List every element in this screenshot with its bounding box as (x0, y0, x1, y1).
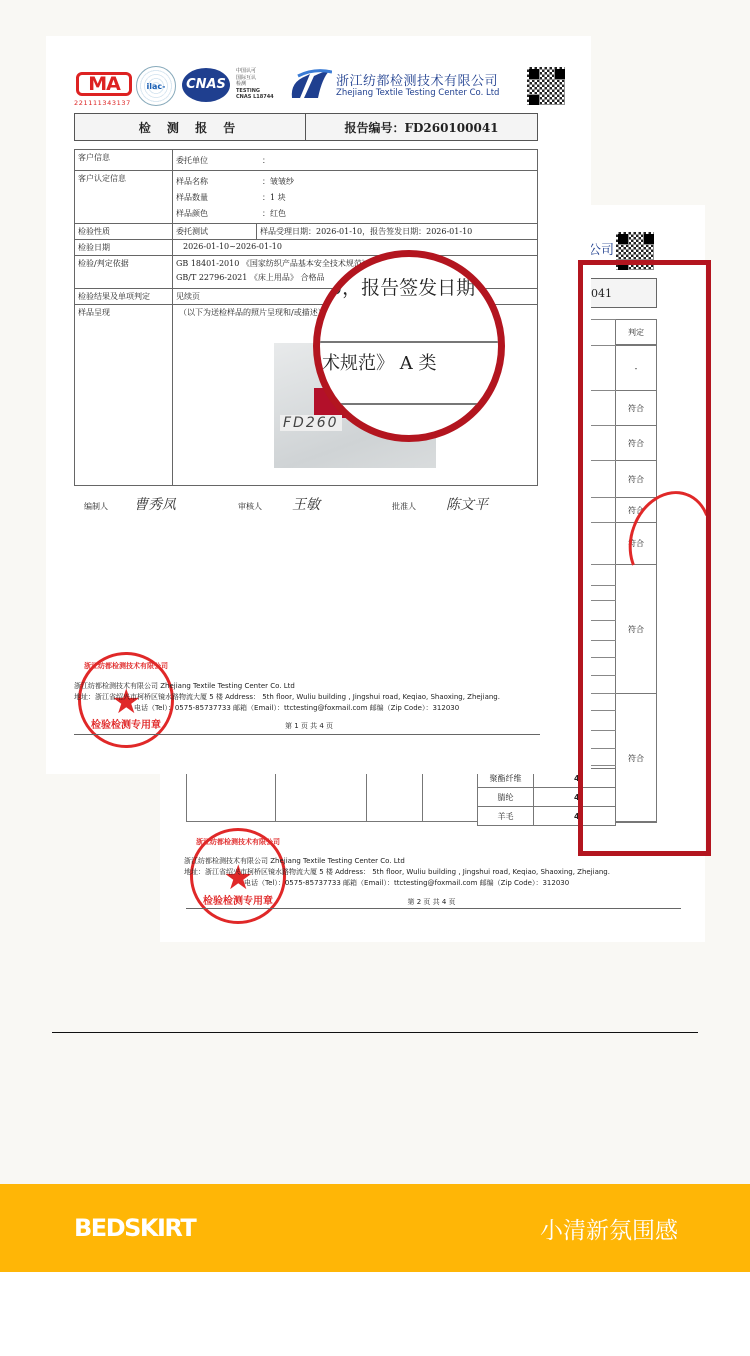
cma-logo: MA (76, 72, 132, 96)
report-header: MA 221111343137 ilac-MRA CNAS 中国认可 国际互认 … (74, 66, 569, 110)
compiler-label: 编制人 (84, 501, 108, 512)
company-name-cn: 浙江纺都检测技术有限公司 (336, 70, 498, 89)
approver-label: 批准人 (392, 501, 416, 512)
report-page-1: MA 221111343137 ilac-MRA CNAS 中国认可 国际互认 … (46, 36, 591, 774)
report-title-bar: 检 测 报 告 报告编号：FD260100041 (74, 113, 538, 141)
report-number: 报告编号：FD260100041 (306, 114, 537, 140)
page-bottom (0, 1272, 750, 1356)
reviewer-label: 审核人 (238, 501, 262, 512)
company-name-partial: 公司 (588, 239, 614, 258)
product-banner: BEDSKIRT 小清新氛围感 (0, 1184, 750, 1272)
sample-tag: FD260 (280, 415, 342, 431)
page-number: 第 1 页 共 4 页 (74, 721, 544, 732)
judgement-highlight-box (578, 260, 711, 856)
fiber-name-cell: 羊毛 (477, 806, 534, 826)
ilac-mra-logo: ilac-MRA (136, 66, 176, 106)
banner-slogan: 小清新氛围感 (540, 1212, 678, 1245)
table-row: 客户认定信息 样品名称：皱皱纱 样品数量：1 块 样品颜色：红色 (75, 171, 538, 224)
compiler-signature: 曹秀凤 (134, 494, 176, 514)
approver-signature: 陈文平 (446, 494, 488, 514)
section-divider (52, 1032, 698, 1033)
table-row: 检验日期 2026-01-10~2026-01-10 (75, 240, 538, 256)
report-footer: 浙江纺都检测技术有限公司 Zhejiang Textile Testing Ce… (74, 681, 544, 714)
magnified-text-2: 术规范》 A 类 (322, 349, 436, 375)
footer-divider (186, 908, 681, 909)
page-number: 第 2 页 共 4 页 (184, 897, 679, 908)
table-row: 检验性质 委托测试 样品受理日期：2026-01-10，报告签发日期：2026-… (75, 224, 538, 240)
company-name-en: Zhejiang Textile Testing Center Co. Ltd (336, 88, 499, 98)
fiber-name-cell: 腈纶 (477, 787, 534, 807)
footer-divider (74, 734, 540, 735)
magnifier-callout: 0，报告签发日期 术规范》 A 类 (313, 250, 505, 442)
reviewer-signature: 王敏 (292, 494, 320, 514)
report-footer: 浙江纺都检测技术有限公司 Zhejiang Textile Testing Ce… (184, 856, 654, 889)
table-row: 客户信息 委托单位： (75, 150, 538, 171)
brand-name: BEDSKIRT (74, 1214, 195, 1242)
cnas-logo: CNAS (182, 68, 230, 102)
magnified-text-1: 0，报告签发日期 (330, 273, 475, 300)
cma-number: 221111343137 (74, 99, 131, 107)
qr-code-icon (526, 66, 566, 106)
report-title: 检 测 报 告 (75, 114, 306, 140)
company-logo-icon (288, 68, 332, 102)
cnas-text: 中国认可 国际互认 检测 TESTING CNAS L18744 (236, 68, 274, 101)
